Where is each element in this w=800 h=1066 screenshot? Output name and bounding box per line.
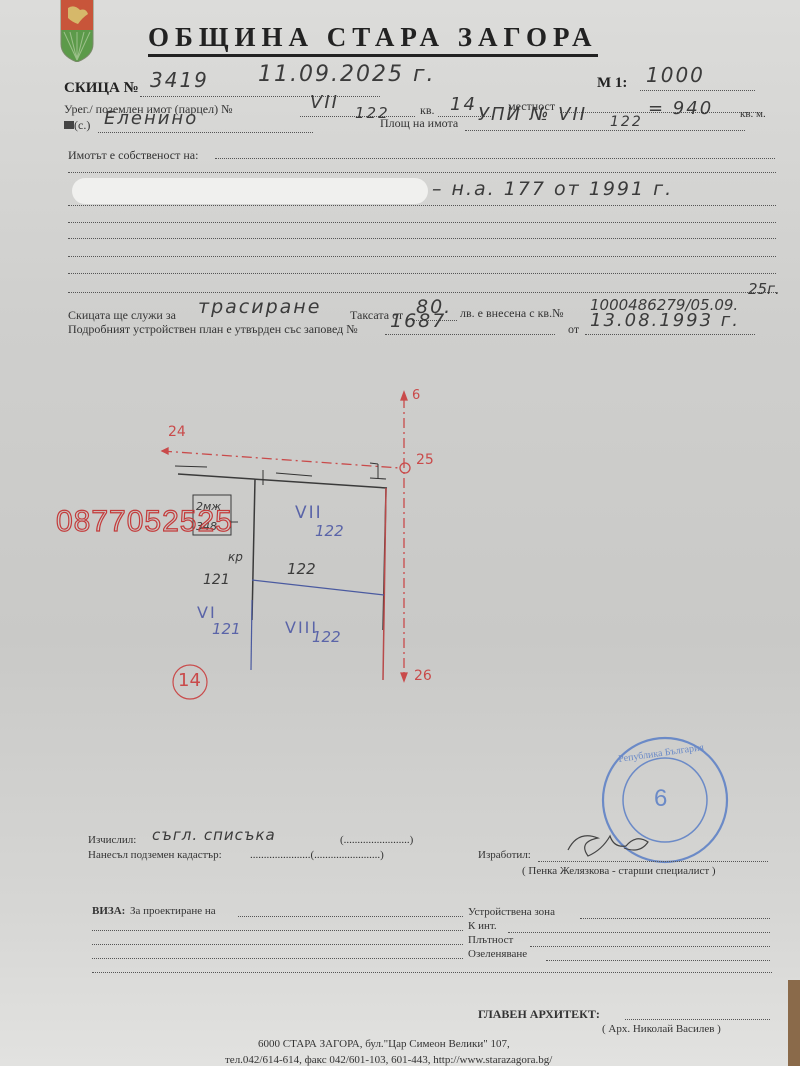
cadastre-paren: ......................(.................… (250, 849, 384, 861)
plot-121-label: 121 (203, 572, 230, 588)
made-name: ( Пенка Желязкова - старши специалист ) (522, 865, 716, 877)
density-label: Плътност (468, 934, 513, 946)
dotted-line (92, 972, 772, 973)
plot-122-label: 122 (287, 560, 316, 578)
computed-paren: (........................) (340, 834, 413, 846)
plot-viii-sub: 122 (312, 628, 341, 646)
footer-contacts: тел.042/614-614, факс 042/601-103, 601-4… (225, 1054, 552, 1066)
street-26-label: 26 (414, 668, 432, 684)
dotted-line (625, 1019, 770, 1020)
phone-watermark: 0877052525 (56, 505, 233, 539)
street-6-label: 6 (412, 388, 422, 403)
dotted-line (530, 946, 770, 947)
plot-vii-label: VII (295, 503, 323, 523)
street-24-label: 24 (168, 424, 186, 440)
greenery-label: Озеленяване (468, 948, 527, 960)
plot-vii-sub: 122 (315, 522, 344, 540)
zone-label: Устройствена зона (468, 906, 555, 918)
computed-label: Изчислил: (88, 834, 136, 846)
dotted-line (538, 861, 768, 862)
dotted-line (508, 932, 770, 933)
dotted-line (92, 944, 463, 945)
kr-label: кр (228, 550, 243, 564)
dotted-line (546, 960, 770, 961)
street-25-label: 25 (416, 452, 434, 468)
dotted-line (92, 930, 463, 931)
block-circle-label: 14 (178, 670, 201, 691)
visa-label: ВИЗА: (92, 905, 125, 917)
computed-value: съгл. списъка (152, 826, 276, 844)
architect-label: ГЛАВЕН АРХИТЕКТ: (478, 1007, 600, 1022)
dotted-line (580, 918, 770, 919)
cadastral-sketch-document: ОБЩИНА СТАРА ЗАГОРА СКИЦА № 3419 11.09.2… (0, 0, 800, 1066)
kint-label: К инт. (468, 920, 497, 932)
stamp-number: 6 (654, 785, 667, 813)
cadastre-label: Нанесъл подземен кадастър: (88, 849, 222, 861)
design-label: За проектиране на (130, 905, 216, 917)
plot-vi-sub: 121 (212, 620, 241, 638)
dotted-line (238, 916, 463, 917)
footer-address: 6000 СТАРА ЗАГОРА, бул."Цар Симеон Велик… (258, 1038, 510, 1050)
dotted-line (92, 958, 463, 959)
architect-name: ( Арх. Николай Василев ) (602, 1023, 721, 1035)
made-label: Изработил: (478, 849, 531, 861)
table-edge (788, 980, 800, 1066)
